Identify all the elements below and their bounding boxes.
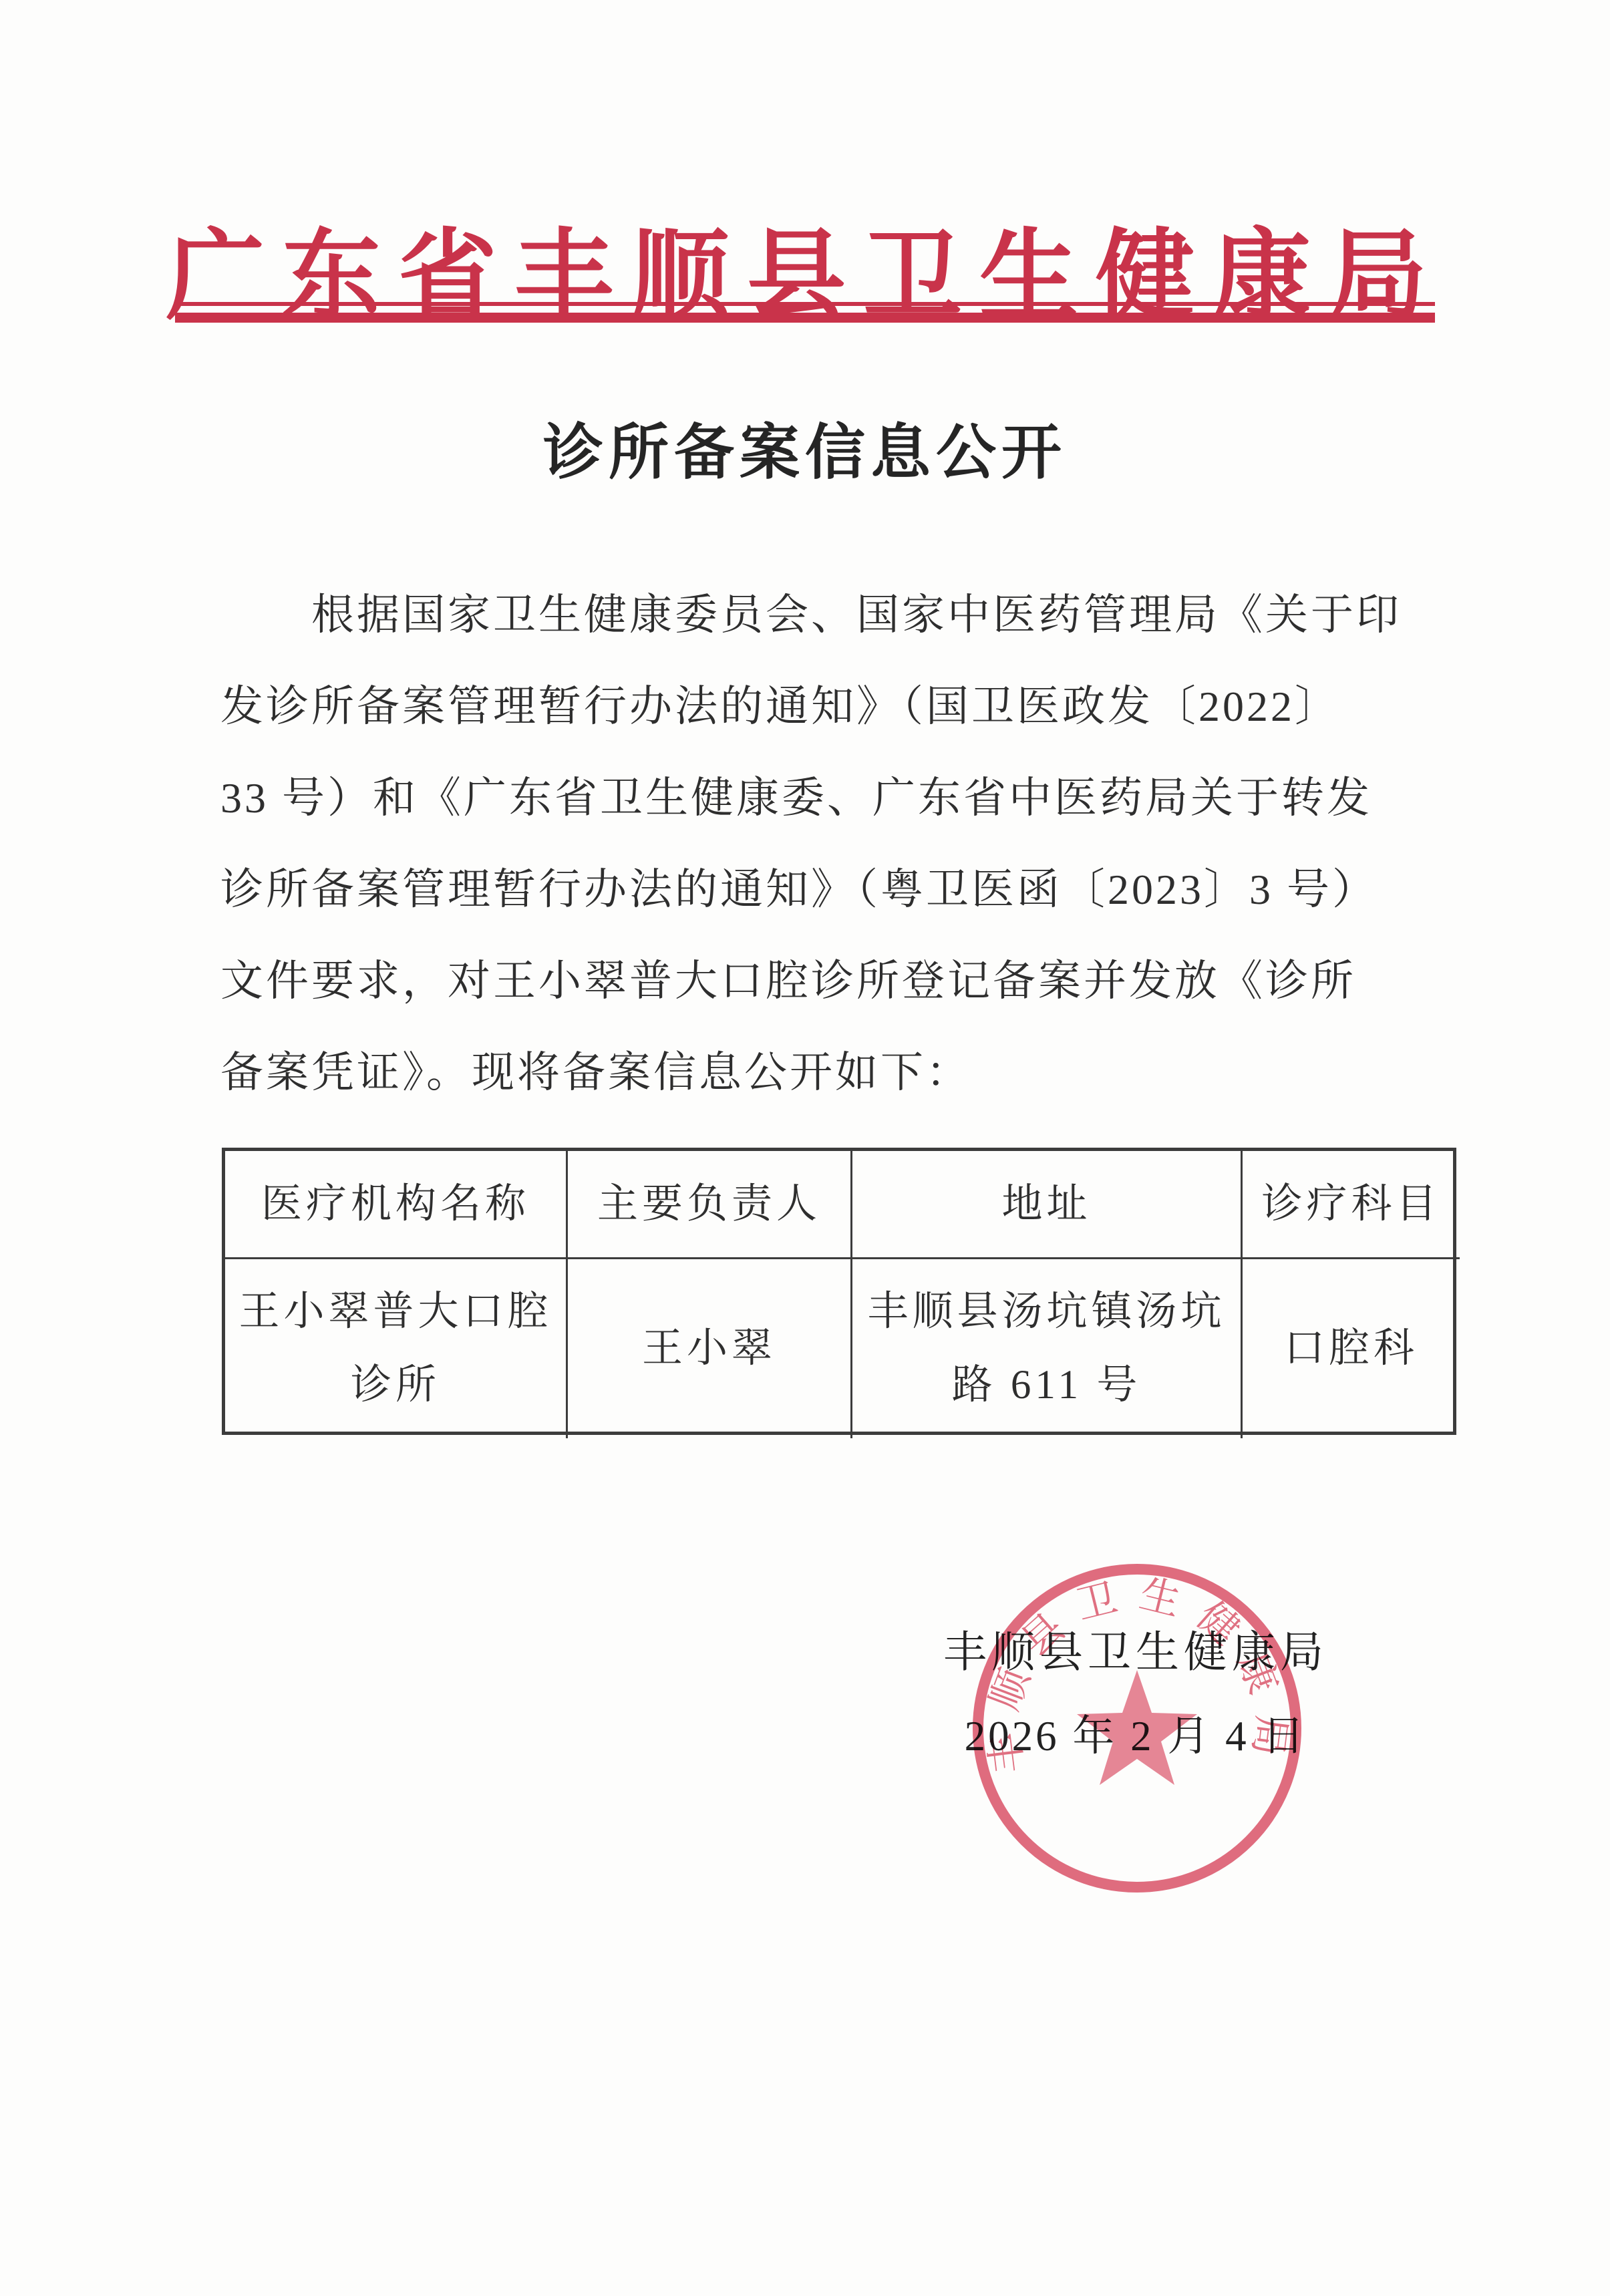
- table-cell-department: 口腔科: [1243, 1259, 1460, 1438]
- table-header-label: 主要负责人: [597, 1168, 821, 1241]
- address-line2: 路 611 号: [952, 1349, 1142, 1422]
- letterhead-rule-thick: [175, 313, 1435, 323]
- table-header-department: 诊疗科目: [1243, 1151, 1460, 1259]
- table-cell-principal: 王小翠: [568, 1259, 852, 1438]
- table-cell-address: 丰顺县汤坑镇汤坑 路 611 号: [852, 1259, 1243, 1438]
- table-header-institution: 医疗机构名称: [225, 1151, 568, 1259]
- star-icon: [1077, 1670, 1197, 1785]
- letterhead-rule-thin: [175, 302, 1435, 306]
- principal-name: 王小翠: [642, 1312, 776, 1385]
- document-title: 诊所备案信息公开: [0, 403, 1610, 490]
- table-header-label: 地址: [1001, 1168, 1091, 1241]
- body-line-6: 备案凭证》。现将备案信息公开如下：: [220, 1027, 1400, 1118]
- table-header-label: 诊疗科目: [1261, 1168, 1440, 1241]
- body-line-5: 文件要求，对王小翠普大口腔诊所登记备案并发放《诊所: [220, 935, 1400, 1027]
- institution-name-line2: 诊所: [351, 1349, 440, 1422]
- table-header-principal: 主要负责人: [568, 1151, 852, 1259]
- document-page: 广东省丰顺县卫生健康局 诊所备案信息公开 根据国家卫生健康委员会、国家中医药管理…: [0, 0, 1610, 2296]
- filing-table: 医疗机构名称 主要负责人 地址 诊疗科目 王小翠普大口腔 诊所 王小翠 丰顺县汤…: [222, 1148, 1456, 1435]
- seal-serial-number: 4414230029023: [1082, 1893, 1251, 1901]
- svg-text:4414230029023: 4414230029023: [1082, 1893, 1251, 1901]
- body-line-2: 发诊所备案管理暂行办法的通知》（国卫医政发〔2022〕: [220, 661, 1400, 752]
- body-line-4: 诊所备案管理暂行办法的通知》（粤卫医函〔2023〕3 号）: [220, 844, 1400, 935]
- body-line-1: 根据国家卫生健康委员会、国家中医药管理局《关于印: [220, 569, 1400, 661]
- official-seal: 丰顺县卫生健康局 4414230029023: [965, 1556, 1309, 1901]
- department-name: 口腔科: [1284, 1312, 1418, 1385]
- address-line1: 丰顺县汤坑镇汤坑: [867, 1275, 1225, 1349]
- institution-name-line1: 王小翠普大口腔: [238, 1275, 552, 1349]
- table-header-address: 地址: [852, 1151, 1243, 1259]
- table-cell-institution: 王小翠普大口腔 诊所: [225, 1259, 568, 1438]
- body-paragraph: 根据国家卫生健康委员会、国家中医药管理局《关于印 发诊所备案管理暂行办法的通知》…: [220, 569, 1400, 1118]
- body-line-3: 33 号）和《广东省卫生健康委、广东省中医药局关于转发: [220, 752, 1400, 844]
- table-header-label: 医疗机构名称: [261, 1168, 530, 1241]
